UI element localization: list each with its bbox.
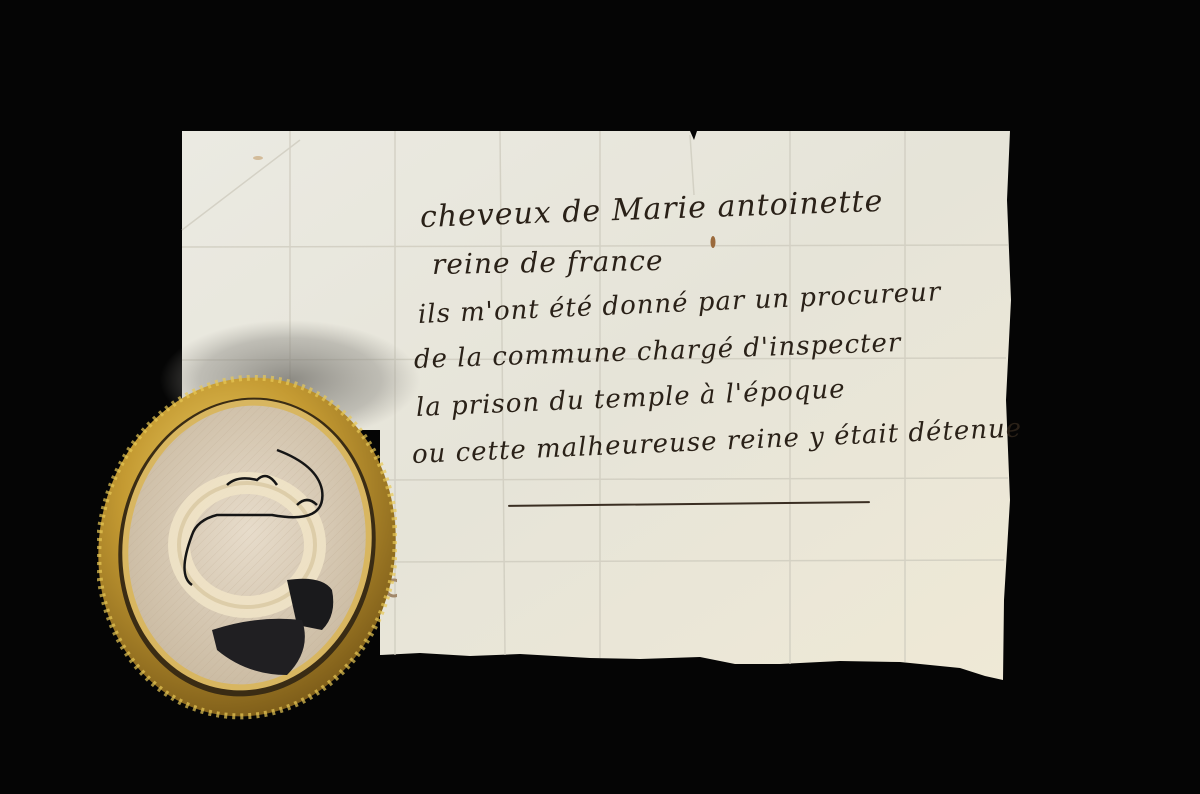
letter-line: reine de france <box>432 244 664 281</box>
hair-locket <box>97 375 397 720</box>
photo-scene: cheveux de Marie antoinette reine de fra… <box>0 0 1200 794</box>
locket-illustration <box>97 375 397 720</box>
